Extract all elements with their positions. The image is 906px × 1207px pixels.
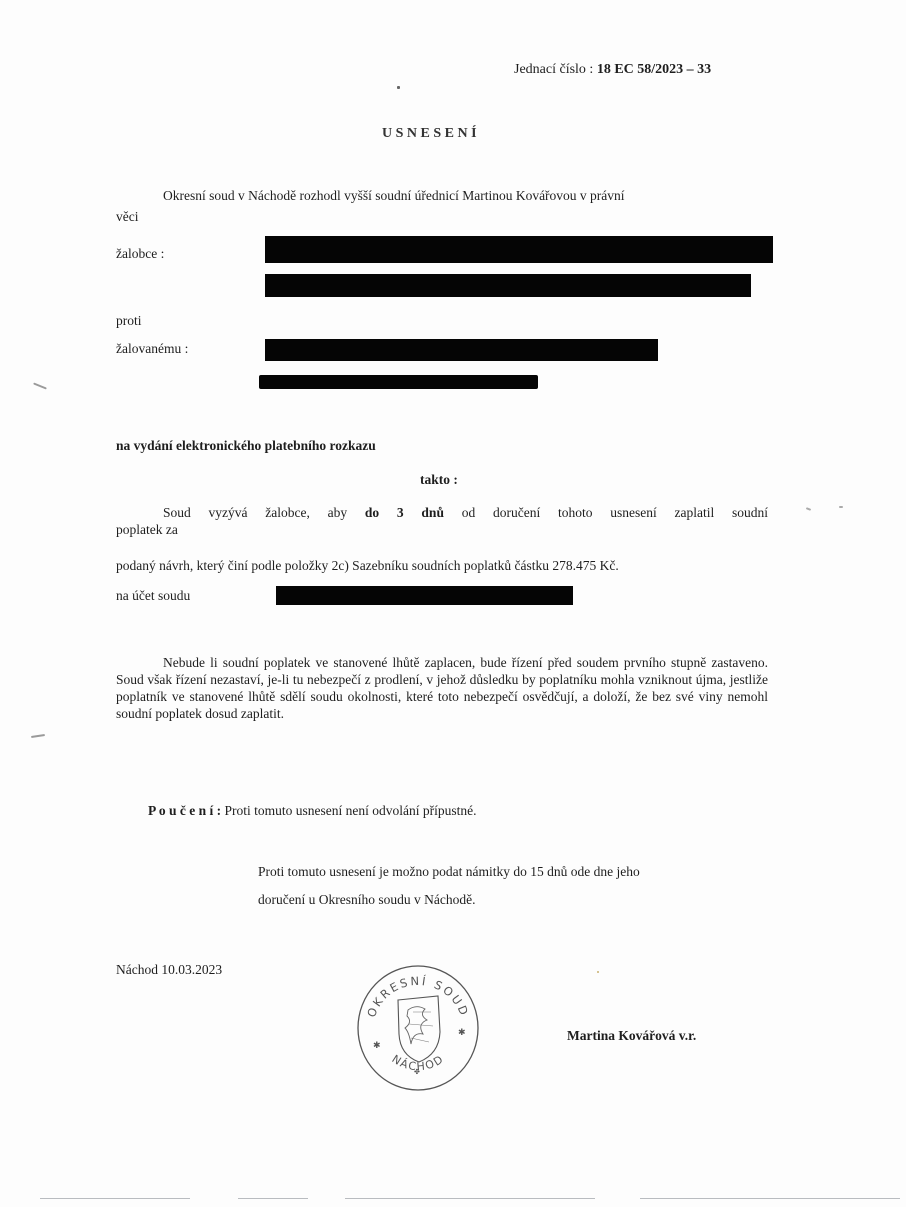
svg-text:✱: ✱ — [458, 1028, 466, 1038]
intro-text-cont: věci — [116, 209, 139, 225]
redacted-plaintiff-name — [265, 236, 773, 263]
court-stamp-icon: OKRESNÍ SOUD NÁCHOD ✱ ✱ ✤ — [353, 962, 483, 1092]
redacted-defendant-address — [259, 375, 538, 389]
subject: na vydání elektronického platebního rozk… — [116, 438, 376, 454]
plaintiff-label: žalobce : — [116, 246, 164, 262]
against-label: proti — [116, 313, 142, 329]
instruction-label: P o u č e n í : — [148, 803, 221, 818]
scan-artifact — [839, 506, 843, 508]
document-title: U S N E S E N Í — [382, 126, 477, 142]
scan-artifact — [597, 971, 599, 973]
redacted-defendant-name — [265, 339, 658, 361]
instruction-line: P o u č e n í : Proti tomuto usnesení ne… — [148, 803, 476, 819]
scan-artifact — [806, 507, 811, 511]
case-number-label: Jednací číslo : — [514, 62, 597, 77]
objection-line-1: Proti tomuto usnesení je možno podat nám… — [258, 864, 640, 880]
bottom-scan-line — [345, 1198, 595, 1199]
case-number: 18 EC 58/2023 – 33 — [597, 62, 711, 77]
order-line-3: podaný návrh, který činí podle položky 2… — [116, 558, 619, 574]
scan-dot — [397, 86, 400, 89]
consequence-paragraph: Nebude li soudní poplatek ve stanovené l… — [116, 654, 768, 722]
takto: takto : — [420, 472, 458, 488]
bottom-scan-line — [640, 1198, 900, 1199]
bottom-scan-line — [238, 1198, 308, 1199]
case-number-line: Jednací číslo : 18 EC 58/2023 – 33 — [514, 62, 711, 78]
bottom-scan-line — [40, 1198, 190, 1199]
redacted-court-account — [276, 586, 573, 605]
place-date: Náchod 10.03.2023 — [116, 962, 222, 978]
scan-artifact — [33, 382, 47, 389]
deadline: do 3 dnů — [365, 505, 444, 520]
objection-line-2: doručení u Okresního soudu v Náchodě. — [258, 892, 475, 908]
order-line-2: poplatek za — [116, 522, 178, 538]
svg-text:✱: ✱ — [373, 1041, 381, 1051]
signature: Martina Kovářová v.r. — [567, 1028, 696, 1044]
intro-text: Okresní soud v Náchodě rozhodl vyšší sou… — [163, 188, 625, 204]
svg-text:✤: ✤ — [414, 1068, 420, 1076]
instruction-text: Proti tomuto usnesení není odvolání příp… — [221, 803, 476, 818]
redacted-plaintiff-address — [265, 274, 751, 297]
court-stamp: OKRESNÍ SOUD NÁCHOD ✱ ✱ ✤ — [353, 962, 483, 1092]
defendant-label: žalovanému : — [116, 341, 188, 357]
scan-artifact — [31, 734, 45, 738]
account-label: na účet soudu — [116, 588, 190, 604]
order-line-1: Soud vyzývá žalobce, aby do 3 dnů od dor… — [163, 505, 768, 521]
